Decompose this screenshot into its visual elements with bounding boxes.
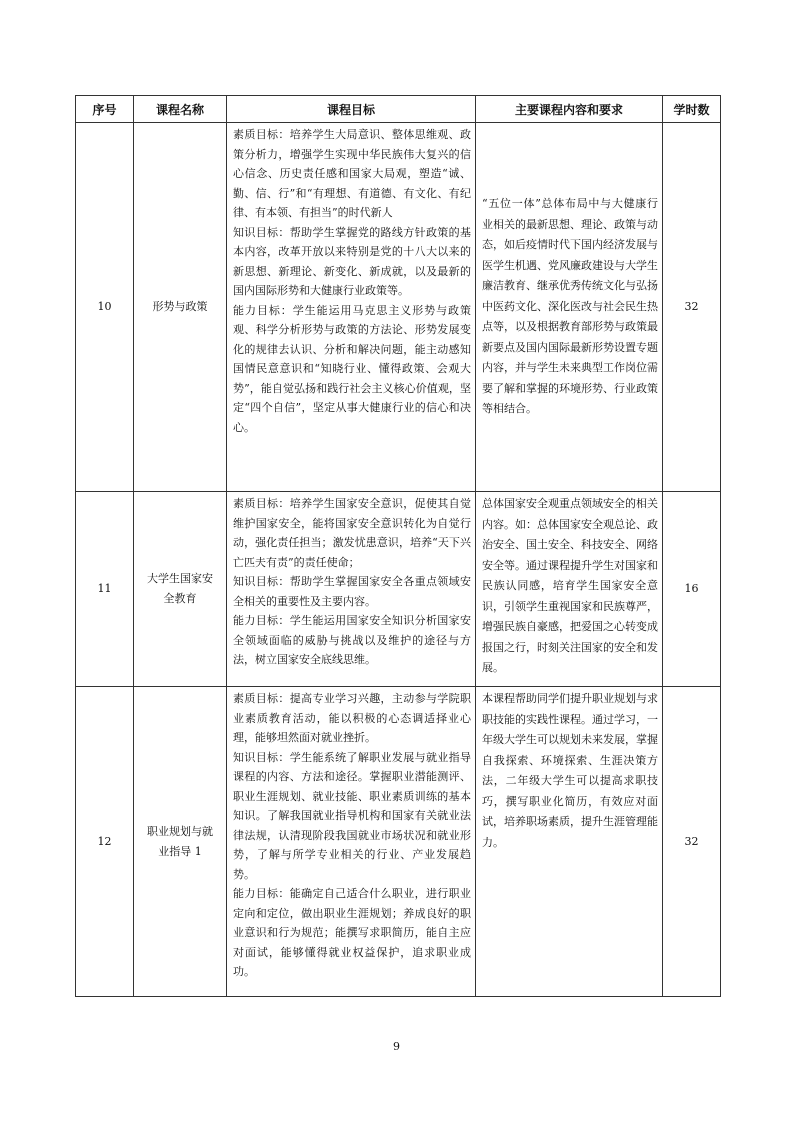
table-row: 10 形势与政策 素质目标：培养学生大局意识、整体思维观、政策分析力，增强学生实…	[76, 123, 721, 492]
goal-quality: 素质目标：提高专业学习兴趣，主动参与学院职业素质教育活动，能以积极的心态调适择业…	[233, 689, 471, 748]
row-course-content: “五位一体”总体布局中与大健康行业相关的最新思想、理论、政策与动态，如后疫情时代…	[476, 123, 663, 492]
goal-knowledge: 知识目标：帮助学生掌握党的路线方针政策的基本内容，改革开放以来特别是党的十八大以…	[233, 223, 471, 301]
course-table: 序号 课程名称 课程目标 主要课程内容和要求 学时数 10 形势与政策 素质目标…	[75, 95, 721, 997]
row-hours: 16	[663, 492, 721, 687]
content-text: “五位一体”总体布局中与大健康行业相关的最新思想、理论、政策与动态，如后疫情时代…	[482, 194, 658, 420]
row-hours: 32	[663, 123, 721, 492]
goal-knowledge: 知识目标：学生能系统了解职业发展与就业指导课程的内容、方法和途径。掌握职业潜能测…	[233, 748, 471, 885]
row-course-name: 形势与政策	[134, 123, 227, 492]
row-course-content: 本课程帮助同学们提升职业规划与求职技能的实践性课程。通过学习，一年级大学生可以规…	[476, 687, 663, 997]
table-header-row: 序号 课程名称 课程目标 主要课程内容和要求 学时数	[76, 96, 721, 123]
row-course-content: 总体国家安全观重点领域安全的相关内容。如：总体国家安全观总论、政治安全、国土安全…	[476, 492, 663, 687]
row-seq: 12	[76, 687, 134, 997]
row-hours: 32	[663, 687, 721, 997]
content-text: 总体国家安全观重点领域安全的相关内容。如：总体国家安全观总论、政治安全、国土安全…	[482, 494, 658, 679]
row-course-name: 职业规划与就业指导 1	[134, 687, 227, 997]
row-seq: 10	[76, 123, 134, 492]
goal-knowledge: 知识目标：帮助学生掌握国家安全各重点领域安全相关的重要性及主要内容。	[233, 572, 471, 611]
table-row: 12 职业规划与就业指导 1 素质目标：提高专业学习兴趣，主动参与学院职业素质教…	[76, 687, 721, 997]
goal-quality: 素质目标：培养学生国家安全意识，促使其自觉维护国家安全，能将国家安全意识转化为自…	[233, 494, 471, 572]
row-course-name: 大学生国家安全教育	[134, 492, 227, 687]
table-row: 11 大学生国家安全教育 素质目标：培养学生国家安全意识，促使其自觉维护国家安全…	[76, 492, 721, 687]
row-seq: 11	[76, 492, 134, 687]
goal-ability: 能力目标：能确定自己适合什么职业，进行职业定向和定位，做出职业生涯规划；养成良好…	[233, 884, 471, 982]
goal-ability: 能力目标：学生能运用马克思主义形势与政策观、科学分析形势与政策的方法论、形势发展…	[233, 301, 471, 438]
page-number: 9	[0, 1040, 793, 1053]
header-seq: 序号	[76, 96, 134, 123]
goal-quality: 素质目标：培养学生大局意识、整体思维观、政策分析力，增强学生实现中华民族伟大复兴…	[233, 125, 471, 223]
row-course-goals: 素质目标：培养学生国家安全意识，促使其自觉维护国家安全，能将国家安全意识转化为自…	[227, 492, 476, 687]
row-course-goals: 素质目标：培养学生大局意识、整体思维观、政策分析力，增强学生实现中华民族伟大复兴…	[227, 123, 476, 492]
header-course-goals: 课程目标	[227, 96, 476, 123]
header-course-name: 课程名称	[134, 96, 227, 123]
content-text: 本课程帮助同学们提升职业规划与求职技能的实践性课程。通过学习，一年级大学生可以规…	[482, 689, 658, 853]
header-course-content: 主要课程内容和要求	[476, 96, 663, 123]
header-hours: 学时数	[663, 96, 721, 123]
goal-ability: 能力目标：学生能运用国家安全知识分析国家安全领域面临的威胁与挑战以及维护的途径与…	[233, 611, 471, 670]
row-course-goals: 素质目标：提高专业学习兴趣，主动参与学院职业素质教育活动，能以积极的心态调适择业…	[227, 687, 476, 997]
